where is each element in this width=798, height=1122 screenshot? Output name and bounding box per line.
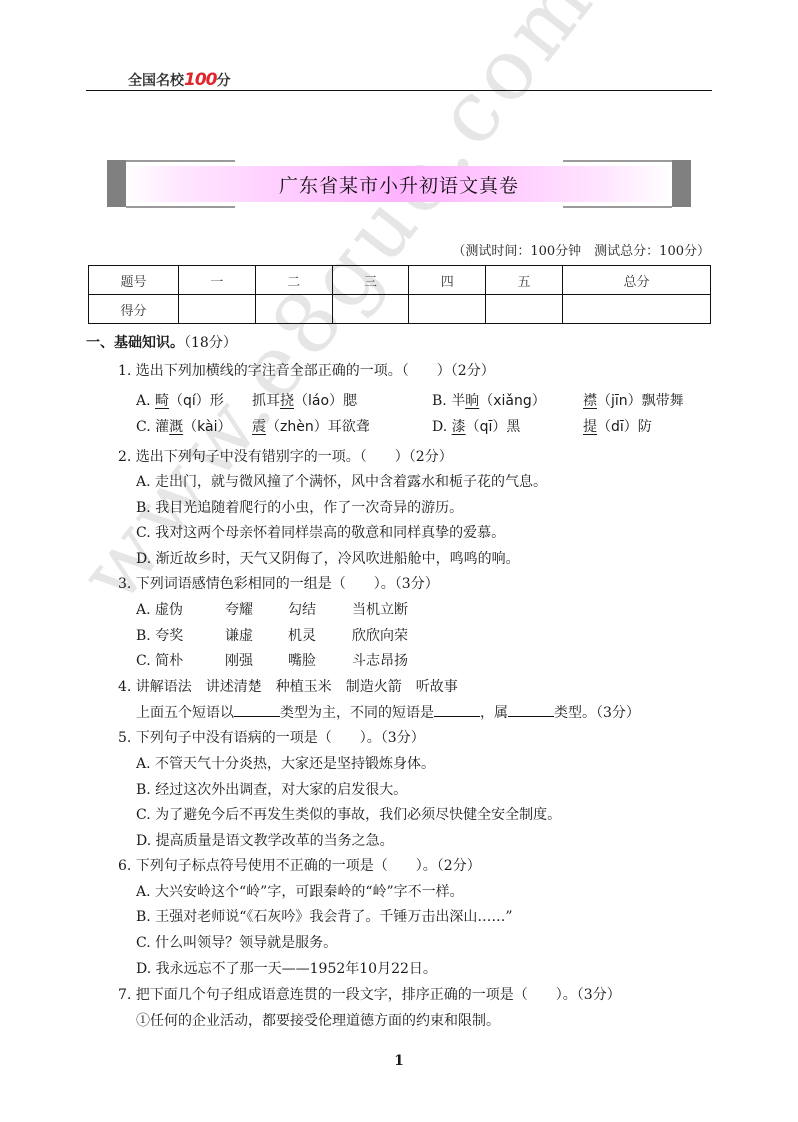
question-4-stem: 4. 讲解语法 讲述清楚 种植玉米 制造火箭 听故事 [118,676,458,696]
page-title: 广东省某市小升初语文真卷 [107,171,691,198]
q6-option-a: A. 大兴安岭这个“岭”字，可跟秦岭的“岭”字不一样。 [136,881,464,901]
table-cell: 一 [179,266,256,295]
q1-option-d2: 提（dī）防 [583,416,652,436]
q2-option-b: B. 我目光追随着爬行的小虫，作了一次奇异的游历。 [136,497,463,517]
table-cell: 五 [486,266,563,295]
score-entry-cell [332,295,409,324]
question-7-stem: 7. 把下面几个句子组成语意连贯的一段文字，排序正确的一项是（ ）。（3分） [118,984,621,1004]
score-entry-cell [409,295,486,324]
q1-option-a1: A. 畸（qí）形 [136,390,224,410]
table-row-score: 得分 [89,295,711,324]
table-row-header: 题号 一 二 三 四 五 总分 [89,266,711,295]
brand-logo: 全国名校100分 [128,70,231,90]
q5-option-a: A. 不管天气十分炎热，大家还是坚持锻炼身体。 [136,753,435,773]
q1-option-c2: 震（zhèn）耳欲聋 [252,416,370,436]
brand-suffix: 分 [217,73,231,89]
question-5-stem: 5. 下列句子中没有语病的一项是（ ）。（3分） [118,727,425,747]
table-cell: 三 [332,266,409,295]
brand-number: 100 [184,70,217,90]
question-1-stem: 1. 选出下列加横线的字注音全部正确的一项。（ ）（2分） [118,360,495,380]
score-entry-cell [562,295,710,324]
question-3-stem: 3. 下列词语感情色彩相同的一组是（ ）。（3分） [118,573,439,593]
table-cell: 题号 [89,266,179,295]
section-heading: 一、基础知识。（18分） [86,332,237,352]
q1-option-c1: C. 灌溉（kài） [136,416,231,436]
exam-page: www.e8guo.com 全国名校100分 广东省某市小升初语文真卷 （测试时… [0,0,798,1122]
section-points: （18分） [184,335,237,351]
q2-option-c: C. 我对这两个母亲怀着同样崇高的敬意和同样真挚的爱慕。 [136,522,505,542]
banner-line [563,160,672,162]
table-cell: 总分 [562,266,710,295]
banner-line [126,206,235,208]
q5-option-b: B. 经过这次外出调查，对大家的启发很大。 [136,779,407,799]
q1-option-a2: 抓耳挠（láo）腮 [252,390,357,410]
title-banner: 广东省某市小升初语文真卷 [107,160,691,208]
test-info: （测试时间：100分钟 测试总分：100分） [452,240,710,259]
question-2-stem: 2. 选出下列句子中没有错别字的一项。（ ）（2分） [118,446,453,466]
brand-prefix: 全国名校 [128,73,184,89]
q7-item-1: ①任何的企业活动，都要接受伦理道德方面的约束和限制。 [136,1010,500,1030]
score-entry-cell [486,295,563,324]
q6-option-c: C. 什么叫领导？领导就是服务。 [136,932,337,952]
score-entry-cell [255,295,332,324]
section-label: 一、基础知识。 [86,335,184,351]
answer-blank[interactable] [234,704,280,717]
banner-line [563,206,672,208]
q4-fill-in: 上面五个短语以类型为主，不同的短语是，属类型。（3分） [136,702,640,722]
q6-option-b: B. 王强对老师说“《石灰吟》我会背了。千锤万击出深山……” [136,906,513,926]
q2-option-d: D. 渐近故乡时，天气又阴侮了，冷风吹进船舱中，鸣鸣的响。 [136,548,520,568]
answer-blank[interactable] [508,704,554,717]
page-number: 1 [0,1053,798,1069]
q2-option-a: A. 走出门，就与微风撞了个满怀，风中含着露水和栀子花的气息。 [136,471,547,491]
q5-option-d: D. 提高质量是语文教学改革的当务之急。 [136,830,394,850]
q1-option-b2: 襟（jīn）飘带舞 [583,390,684,410]
q6-option-d: D. 我永远忘不了那一天——1952年10月22日。 [136,958,437,978]
q5-option-c: C. 为了避免今后不再发生类似的事故，我们必须尽快健全安全制度。 [136,804,561,824]
q1-option-d1: D. 漆（qī）黑 [432,416,520,436]
table-cell: 得分 [89,295,179,324]
banner-line [126,160,235,162]
table-cell: 四 [409,266,486,295]
score-table: 题号 一 二 三 四 五 总分 得分 [88,265,711,324]
q1-option-b1: B. 半晌（xiǎng） [432,390,546,410]
header-rule [86,90,712,91]
table-cell: 二 [255,266,332,295]
question-6-stem: 6. 下列句子标点符号使用不正确的一项是（ ）。（2分） [118,855,481,875]
answer-blank[interactable] [434,704,480,717]
score-entry-cell [179,295,256,324]
